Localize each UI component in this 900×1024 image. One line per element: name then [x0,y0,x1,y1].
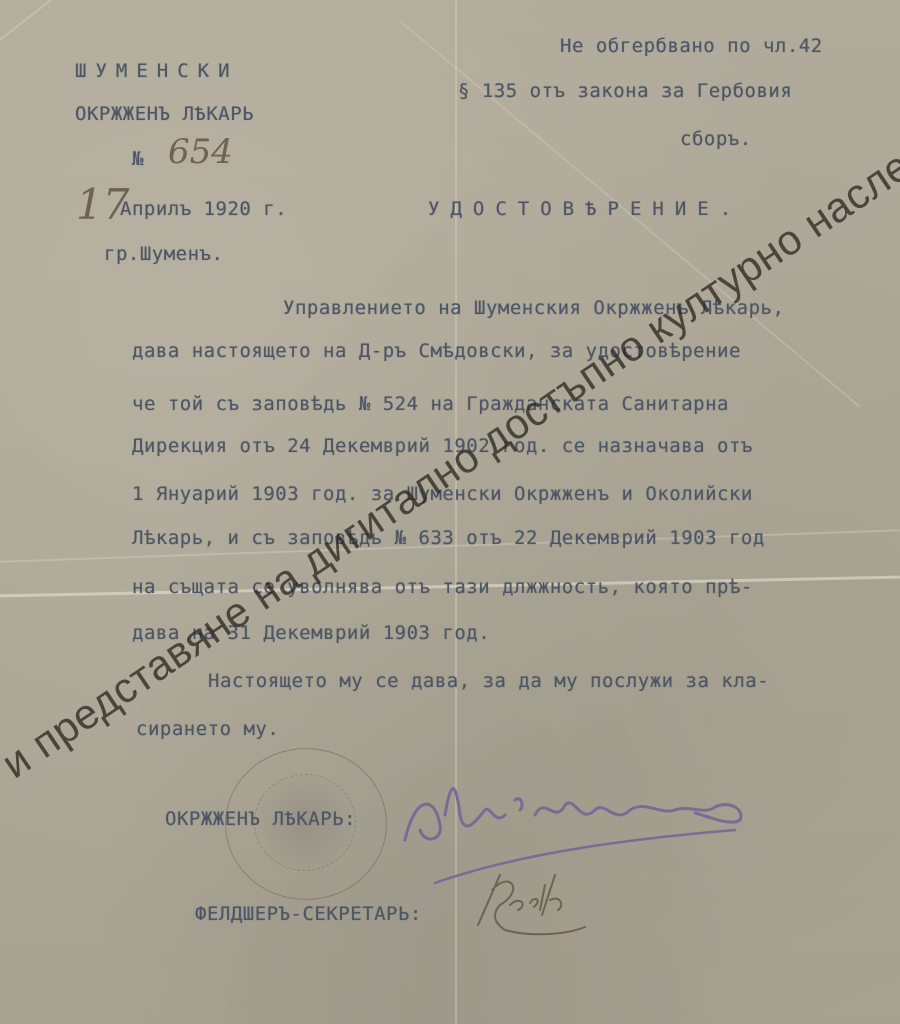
body-line: Лѣкарь, и съ заповѣдь № 633 отъ 22 Декем… [132,527,765,549]
stamp-duty-note-line1: Не обгербвано по чл.42 [560,35,823,57]
stamp-duty-note-line3: сборъ. [680,128,752,150]
body-line: Настоящето му се дава, за да му послужи … [208,670,769,692]
secretary-signature [470,865,610,945]
body-line: че той съ заповѣдь № 524 на Гражданската… [132,393,729,415]
secretary-signature-label: ФЕЛДШЕРЪ-СЕКРЕТАРЬ: [195,903,422,925]
doctor-signature-label: ОКРЖЖЕНЪ ЛѢКАРЬ: [165,808,356,830]
body-line: сирането му. [136,718,279,740]
place: гр.Шуменъ. [104,243,223,265]
office-name-line1: ШУМЕНСКИ [75,60,239,82]
document-title: УДОСТОВѢРЕНИЕ. [428,198,742,220]
office-name-line2: ОКРЖЖЕНЪ ЛѢКАРЬ [75,103,254,125]
number-prefix: № [132,148,144,170]
issue-date: Априлъ 1920 г. [120,198,287,220]
handwritten-number: 654 [168,132,233,172]
stamp-duty-note-line2: § 135 отъ закона за Гербовия [458,80,792,102]
